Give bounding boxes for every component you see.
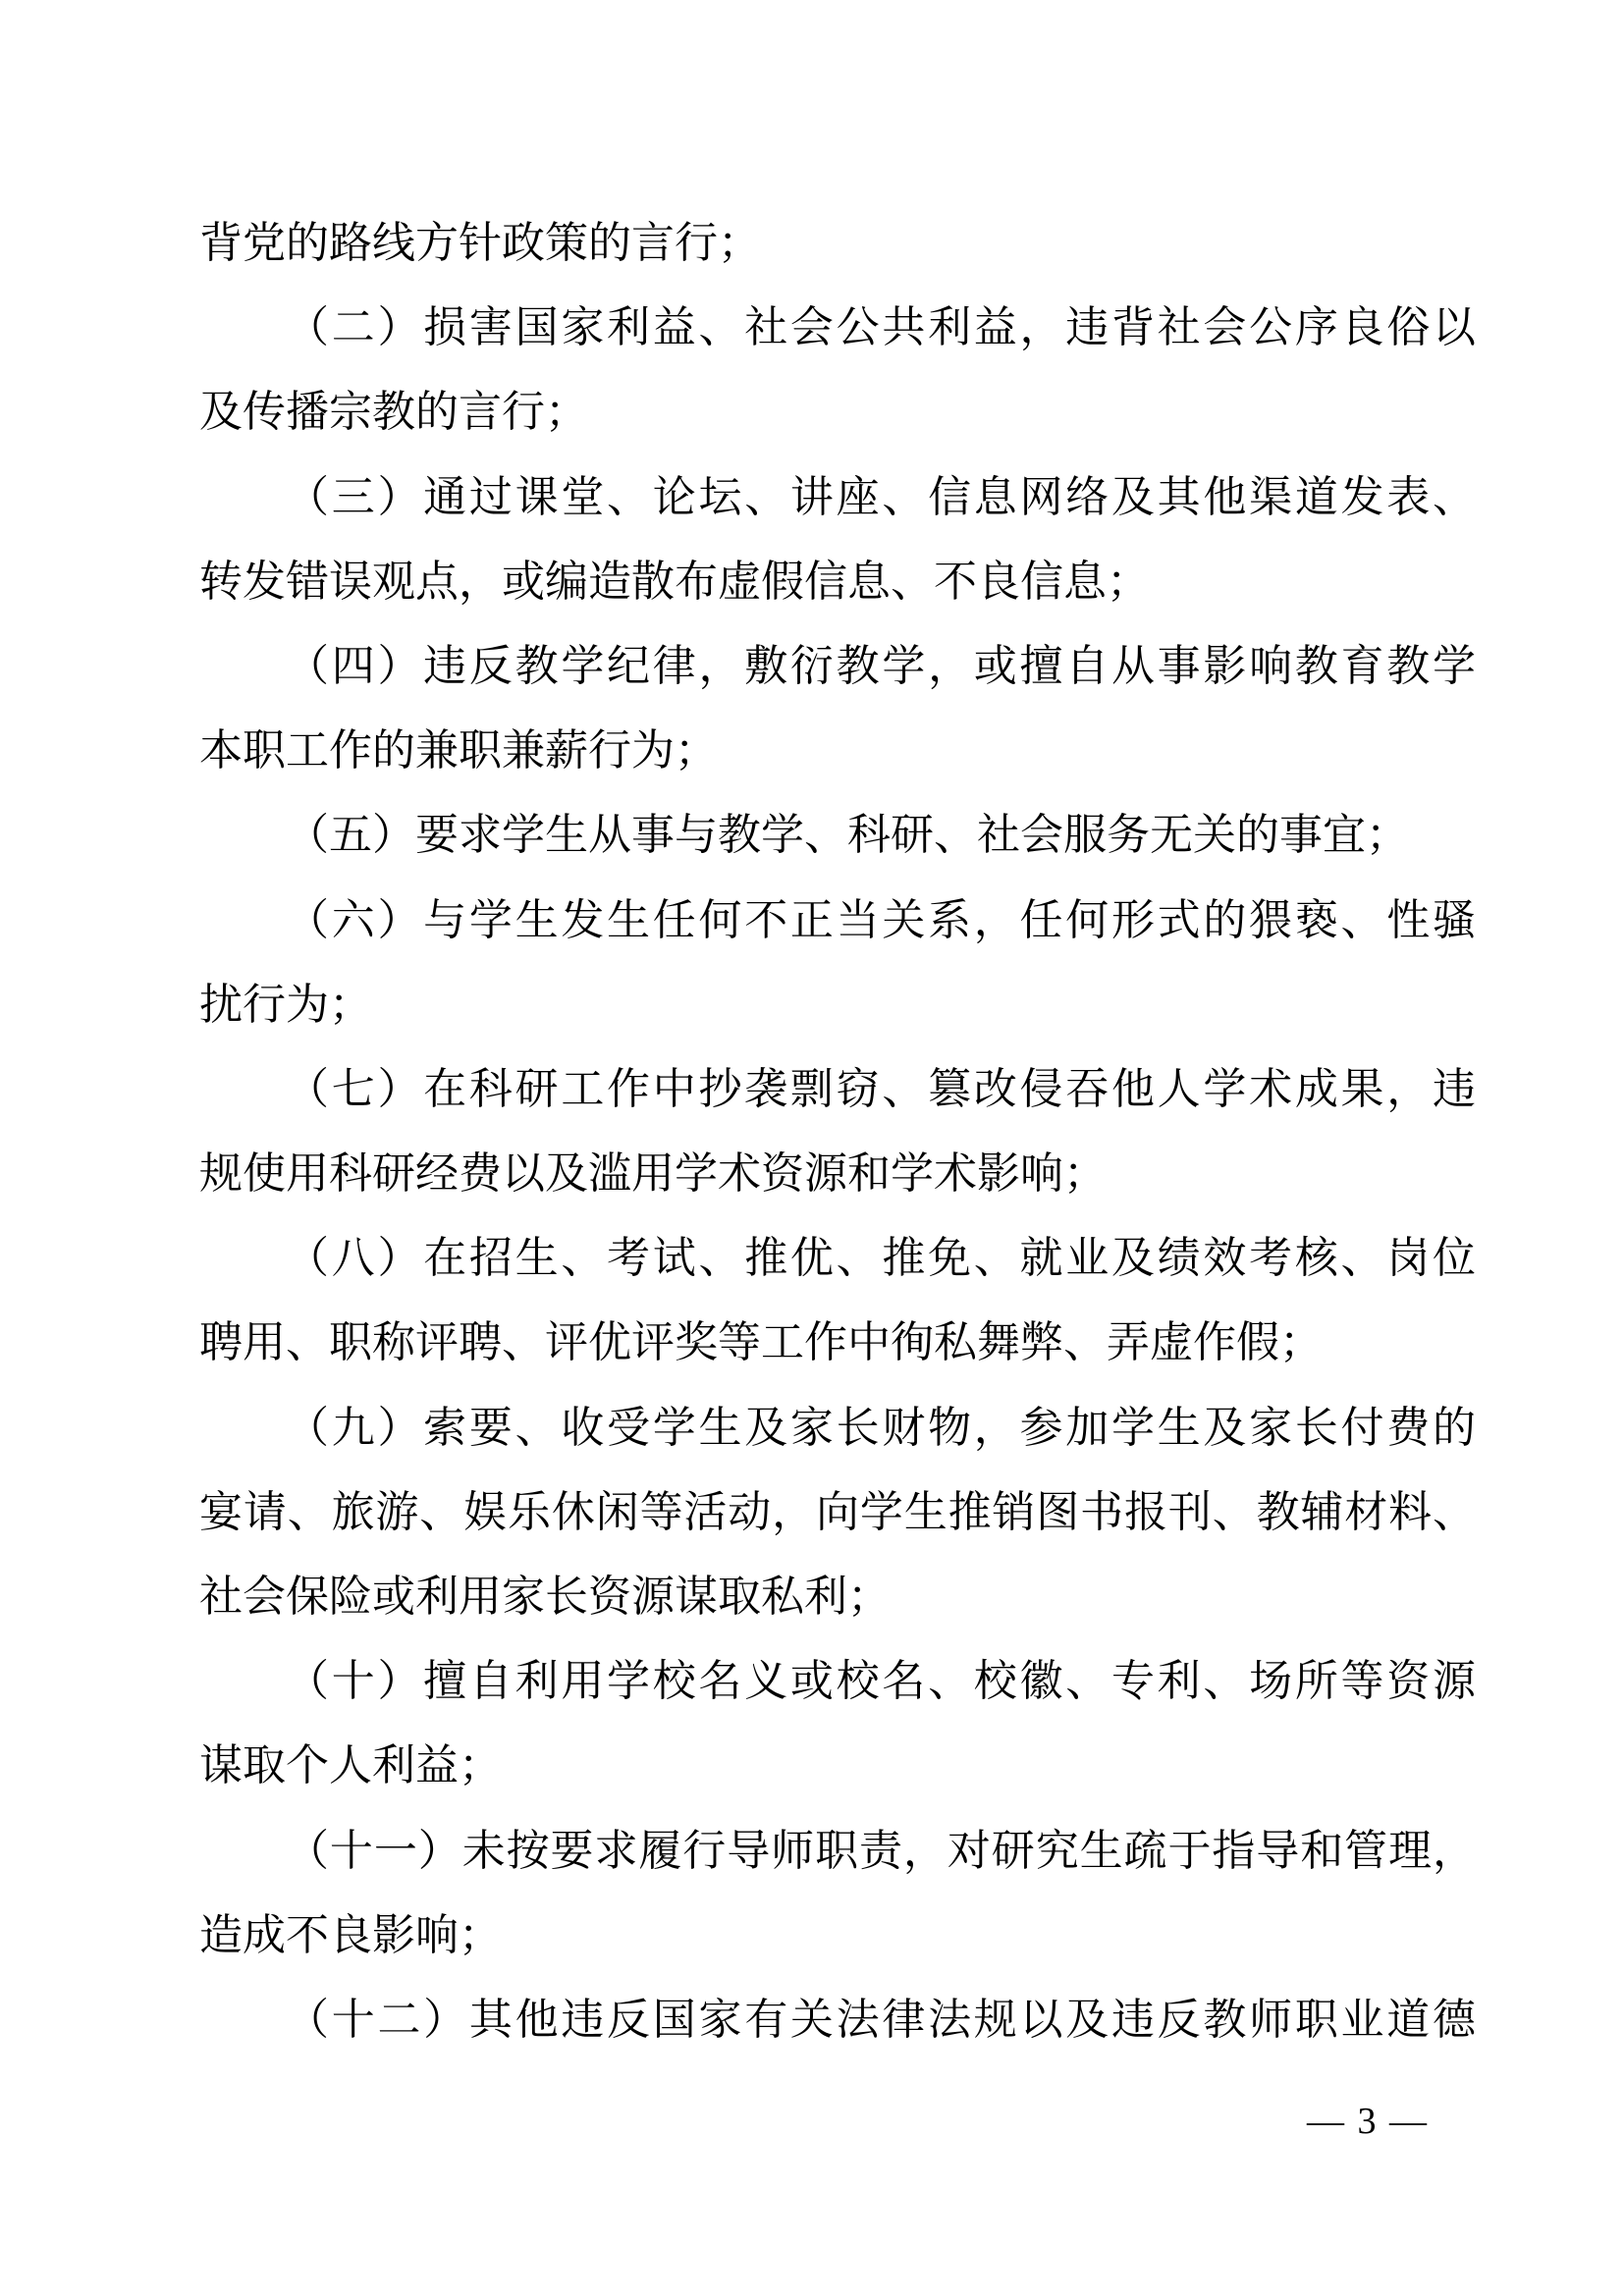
page-footer: — 3 — — [1307, 2097, 1429, 2146]
text-line-content: 造成不良影响； — [199, 1894, 502, 1978]
text-line-content: （五）要求学生从事与教学、科研、社会服务无关的事宜； — [286, 793, 1409, 878]
text-line: 谋取个人利益； — [199, 1724, 1476, 1808]
text-line-content: 本职工作的兼职兼薪行为； — [199, 709, 718, 793]
text-line-content: （八）在招生、考试、推优、推免、就业及绩效考核、岗位 — [286, 1216, 1479, 1301]
text-line: （二）损害国家利益、社会公共利益，违背社会公序良俗以 — [199, 286, 1476, 370]
text-line: 造成不良影响； — [199, 1894, 1476, 1978]
text-line: 社会保险或利用家长资源谋取私利； — [199, 1555, 1476, 1639]
text-line: （九）索要、收受学生及家长财物，参加学生及家长付费的 — [199, 1386, 1476, 1470]
text-line-content: 转发错误观点，或编造散布虚假信息、不良信息； — [199, 540, 1150, 624]
text-line: （三）通过课堂、论坛、讲座、信息网络及其他渠道发表、 — [199, 455, 1476, 540]
text-line-content: （十二）其他违反国家有关法律法规以及违反教师职业道德 — [286, 1978, 1479, 2062]
text-line-content: 扰行为； — [199, 963, 372, 1047]
text-line: （四）违反教学纪律，敷衍教学，或擅自从事影响教育教学 — [199, 624, 1476, 709]
text-line-content: 聘用、职称评聘、评优评奖等工作中徇私舞弊、弄虚作假； — [199, 1301, 1323, 1385]
text-line-content: （四）违反教学纪律，敷衍教学，或擅自从事影响教育教学 — [286, 624, 1479, 709]
page-number: — 3 — — [1307, 2101, 1429, 2142]
text-line-content: 背党的路线方针政策的言行； — [199, 201, 761, 286]
text-line: 及传播宗教的言行； — [199, 370, 1476, 454]
text-line-content: 谋取个人利益； — [199, 1724, 502, 1808]
text-line: （五）要求学生从事与教学、科研、社会服务无关的事宜； — [199, 793, 1476, 878]
text-line-content: 规使用科研经费以及滥用学术资源和学术影响； — [199, 1132, 1107, 1216]
text-line: （十）擅自利用学校名义或校名、校徽、专利、场所等资源 — [199, 1639, 1476, 1724]
document-body: 背党的路线方针政策的言行；（二）损害国家利益、社会公共利益，违背社会公序良俗以及… — [199, 201, 1476, 2062]
text-line-content: （六）与学生发生任何不正当关系，任何形式的猥亵、性骚 — [286, 879, 1479, 963]
text-line-content: （七）在科研工作中抄袭剽窃、篡改侵吞他人学术成果，违 — [286, 1047, 1479, 1132]
text-line: 宴请、旅游、娱乐休闲等活动，向学生推销图书报刊、教辅材料、 — [199, 1470, 1476, 1555]
text-line: 转发错误观点，或编造散布虚假信息、不良信息； — [199, 540, 1476, 624]
text-line: 规使用科研经费以及滥用学术资源和学术影响； — [199, 1132, 1476, 1216]
text-line-content: 及传播宗教的言行； — [199, 370, 588, 454]
text-line-content: （十一）未按要求履行导师职责，对研究生疏于指导和管理， — [286, 1809, 1477, 1894]
text-line: （十一）未按要求履行导师职责，对研究生疏于指导和管理， — [199, 1809, 1476, 1894]
text-line: （六）与学生发生任何不正当关系，任何形式的猥亵、性骚 — [199, 879, 1476, 963]
text-line: （七）在科研工作中抄袭剽窃、篡改侵吞他人学术成果，违 — [199, 1047, 1476, 1132]
document-page: 背党的路线方针政策的言行；（二）损害国家利益、社会公共利益，违背社会公序良俗以及… — [0, 0, 1624, 2296]
text-line: 扰行为； — [199, 963, 1476, 1047]
text-line-content: （三）通过课堂、论坛、讲座、信息网络及其他渠道发表、 — [286, 455, 1479, 540]
text-line-content: （十）擅自利用学校名义或校名、校徽、专利、场所等资源 — [286, 1639, 1479, 1724]
text-line: 本职工作的兼职兼薪行为； — [199, 709, 1476, 793]
text-line: （十二）其他违反国家有关法律法规以及违反教师职业道德 — [199, 1978, 1476, 2062]
text-line-content: （九）索要、收受学生及家长财物，参加学生及家长付费的 — [286, 1386, 1479, 1470]
text-line-content: （二）损害国家利益、社会公共利益，违背社会公序良俗以 — [286, 286, 1479, 370]
text-line: （八）在招生、考试、推优、推免、就业及绩效考核、岗位 — [199, 1216, 1476, 1301]
text-line: 背党的路线方针政策的言行； — [199, 201, 1476, 286]
text-line-content: 宴请、旅游、娱乐休闲等活动，向学生推销图书报刊、教辅材料、 — [199, 1470, 1477, 1555]
text-line-content: 社会保险或利用家长资源谋取私利； — [199, 1555, 891, 1639]
text-line: 聘用、职称评聘、评优评奖等工作中徇私舞弊、弄虚作假； — [199, 1301, 1476, 1385]
